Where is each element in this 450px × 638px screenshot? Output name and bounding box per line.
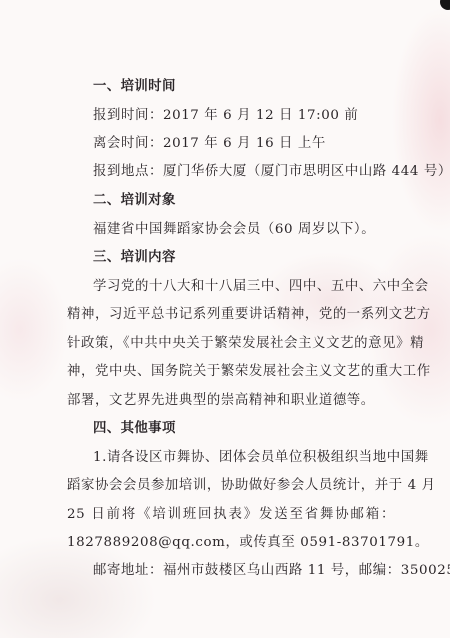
content-paragraph-line: 学习党的十八大和十八届三中、四中、五中、六中全会 [93,279,395,295]
other-matters-line: 蹈家协会会员参加培训，协助做好参会人员统计，并于 4 月 [67,478,395,494]
content-paragraph-line: 部署，文艺界先进典型的崇高精神和职业道德等。 [67,393,375,409]
section-heading-other-matters: 四、其他事项 [93,421,176,437]
contact-email-fax: 1827889208@qq.com，或传真至 0591-83701791。 [67,535,429,551]
check-in-time: 报到时间：2017 年 6 月 12 日 17:00 前 [93,108,358,124]
training-target-text: 福建省中国舞蹈家协会会员（60 周岁以下）。 [93,222,375,238]
scan-corner-shadow [440,0,450,10]
content-paragraph-line: 精神，习近平总书记系列重要讲话精神，党的一系列文艺方 [67,307,395,323]
mailing-address: 邮寄地址：福州市鼓楼区乌山西路 11 号，邮编：350025。 [93,563,450,579]
section-heading-training-target: 二、培训对象 [93,193,176,209]
other-matters-line: 25 日前将《培训班回执表》发送至省舞协邮箱： [67,507,395,523]
section-heading-training-content: 三、培训内容 [93,250,176,266]
content-paragraph-line: 针政策，《中共中央关于繁荣发展社会主义文艺的意见》精 [67,336,395,352]
departure-time: 离会时间：2017 年 6 月 16 日 上午 [93,136,326,152]
section-heading-training-time: 一、培训时间 [93,79,176,95]
content-paragraph-line: 神，党中央、国务院关于繁荣发展社会主义文艺的重大工作 [67,364,395,380]
other-matters-line: 1.请各设区市舞协、团体会员单位积极组织当地中国舞 [93,450,395,466]
document-page: 一、培训时间 报到时间：2017 年 6 月 12 日 17:00 前 离会时间… [0,0,450,638]
check-in-location: 报到地点：厦门华侨大厦（厦门市思明区中山路 444 号） [93,164,450,180]
